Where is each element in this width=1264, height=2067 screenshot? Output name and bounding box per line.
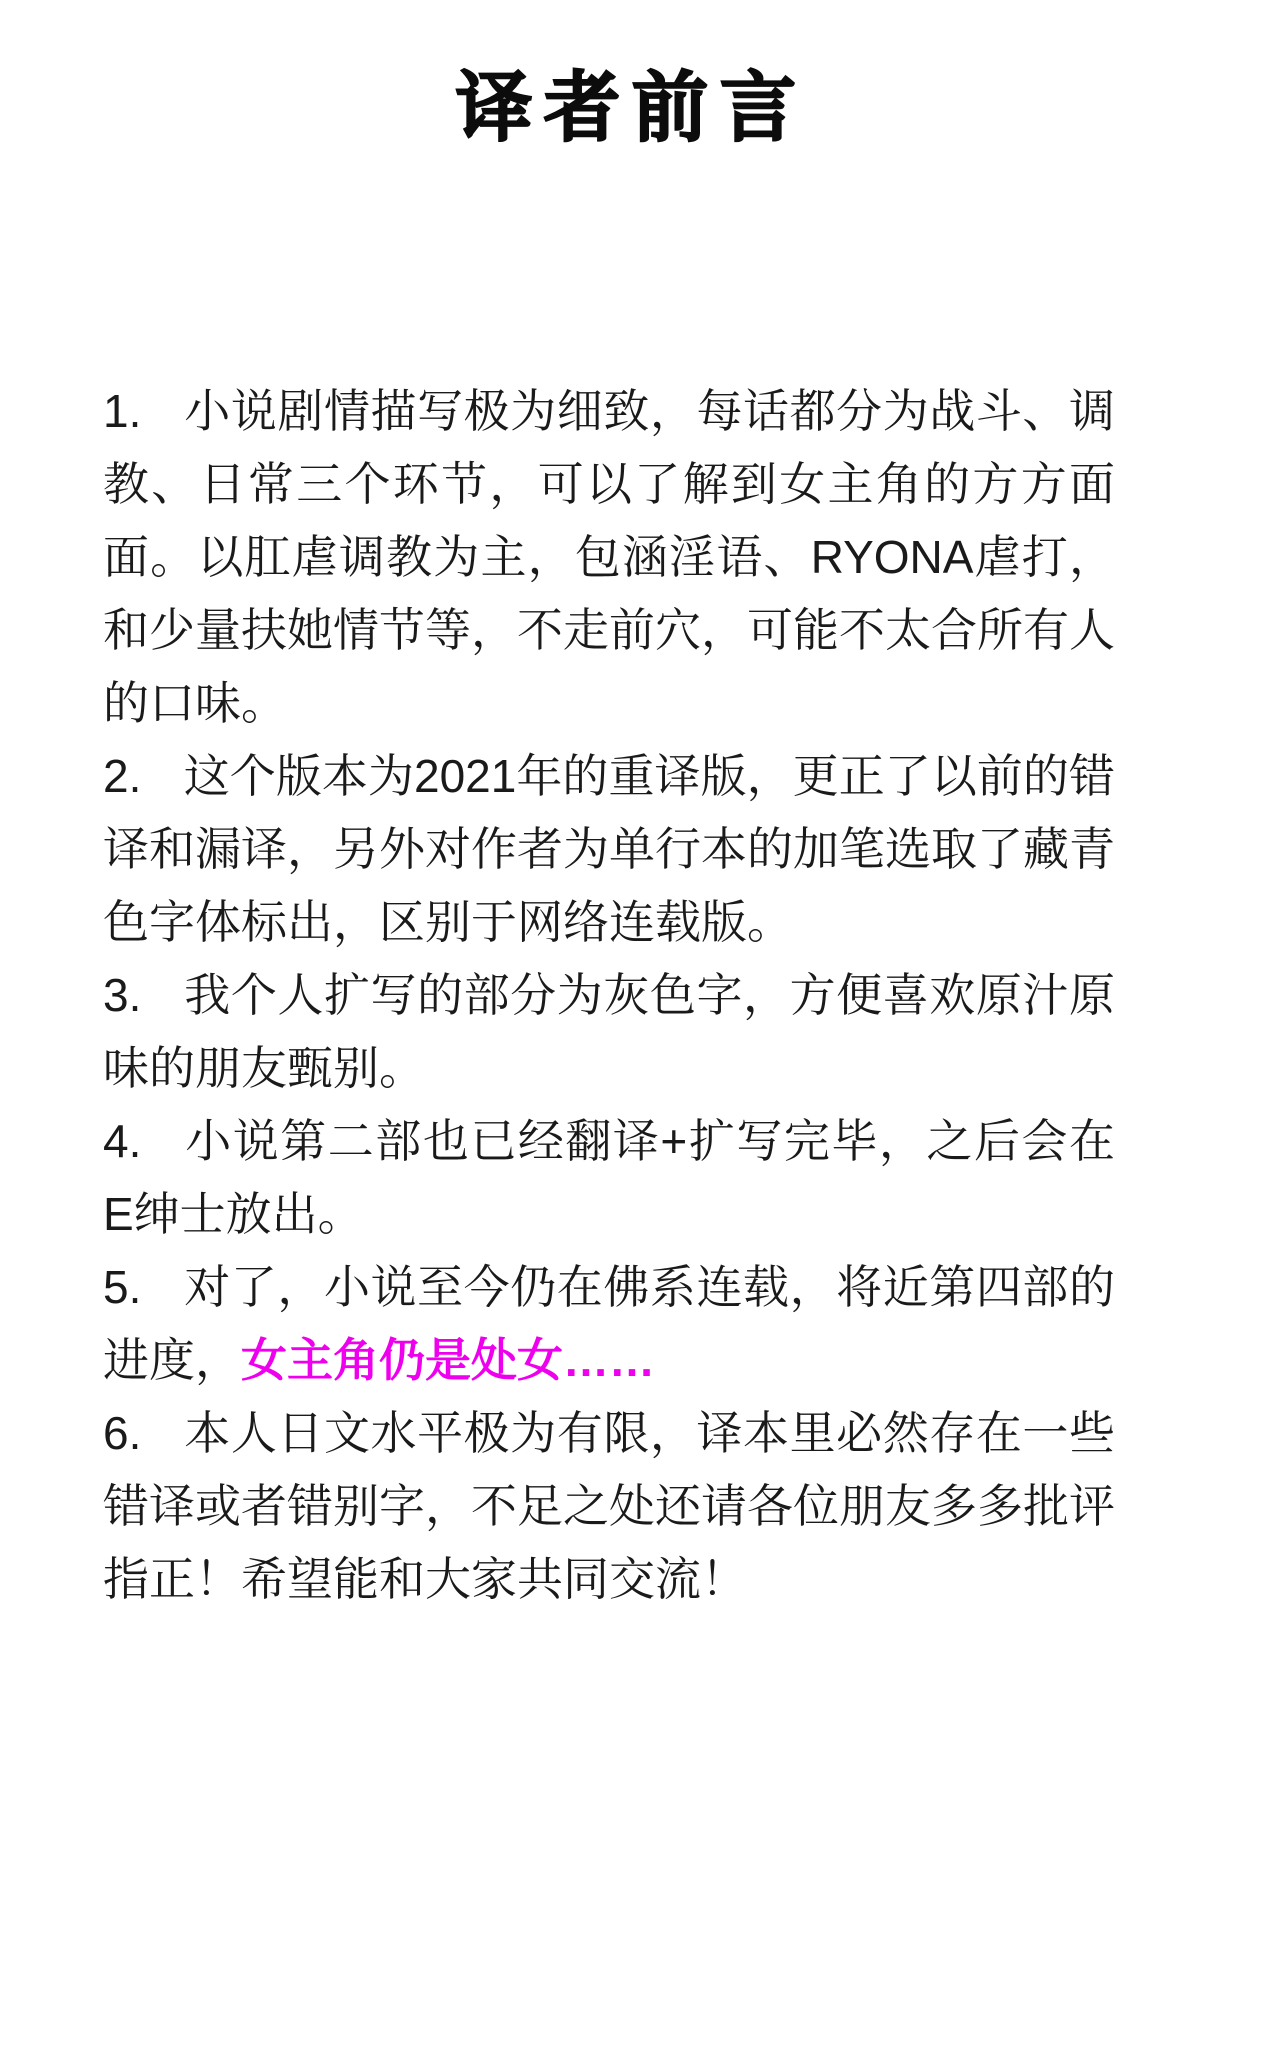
- paragraph-number: 3.: [103, 959, 141, 1032]
- preface-paragraph-3: 3.我个人扩写的部分为灰色字，方便喜欢原汁原味的朋友甄别。: [103, 959, 1115, 1105]
- paragraph-number: 4.: [103, 1105, 141, 1178]
- paragraph-number: 2.: [103, 740, 141, 813]
- preface-body: 1.小说剧情描写极为细致，每话都分为战斗、调教、日常三个环节，可以了解到女主角的…: [103, 375, 1115, 1616]
- highlighted-text: 女主角仍是处女……: [241, 1334, 655, 1386]
- document-page: 译者前言 1.小说剧情描写极为细致，每话都分为战斗、调教、日常三个环节，可以了解…: [0, 0, 1264, 2067]
- preface-paragraph-2: 2.这个版本为2021年的重译版，更正了以前的错译和漏译，另外对作者为单行本的加…: [103, 740, 1115, 959]
- page-title: 译者前言: [0, 0, 1264, 153]
- preface-paragraph-5: 5.对了，小说至今仍在佛系连载，将近第四部的进度，女主角仍是处女……: [103, 1251, 1115, 1397]
- paragraph-number: 6.: [103, 1397, 141, 1470]
- paragraph-text: 本人日文水平极为有限，译本里必然存在一些错译或者错别字，不足之处还请各位朋友多多…: [103, 1407, 1115, 1605]
- paragraph-text: 这个版本为2021年的重译版，更正了以前的错译和漏译，另外对作者为单行本的加笔选…: [103, 750, 1115, 948]
- preface-paragraph-1: 1.小说剧情描写极为细致，每话都分为战斗、调教、日常三个环节，可以了解到女主角的…: [103, 375, 1115, 740]
- paragraph-text: 我个人扩写的部分为灰色字，方便喜欢原汁原味的朋友甄别。: [103, 969, 1115, 1094]
- paragraph-text: 小说第二部也已经翻译+扩写完毕，之后会在E绅士放出。: [103, 1115, 1115, 1240]
- preface-paragraph-6: 6.本人日文水平极为有限，译本里必然存在一些错译或者错别字，不足之处还请各位朋友…: [103, 1397, 1115, 1616]
- paragraph-number: 5.: [103, 1251, 141, 1324]
- paragraph-text: 小说剧情描写极为细致，每话都分为战斗、调教、日常三个环节，可以了解到女主角的方方…: [103, 385, 1115, 729]
- paragraph-number: 1.: [103, 375, 141, 448]
- preface-paragraph-4: 4.小说第二部也已经翻译+扩写完毕，之后会在E绅士放出。: [103, 1105, 1115, 1251]
